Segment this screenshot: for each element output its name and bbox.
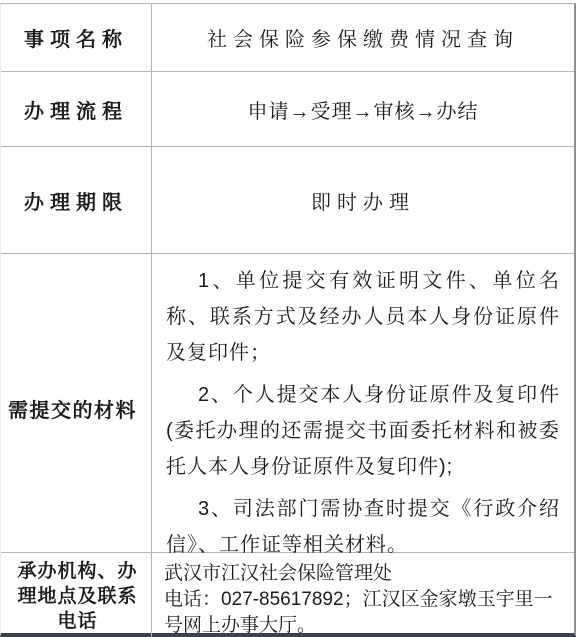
item-name-label: 事项名称 [1, 4, 152, 71]
item-name-value: 社会保险参保缴费情况查询 [152, 4, 574, 71]
process-label: 办理流程 [1, 72, 152, 146]
materials-item-2: 2、个人提交本人身份证原件及复印件(委托办理的还需提交书面委托材料和被委托人本人… [166, 377, 560, 485]
materials-label: 需提交的材料 [1, 254, 152, 563]
process-value: 申请→受理→审核→办结 [152, 72, 574, 146]
table-row-time-limit: 办理期限 即时办理 [1, 147, 574, 254]
service-info-table: 事项名称 社会保险参保缴费情况查询 办理流程 申请→受理→审核→办结 办理期限 … [0, 3, 576, 637]
materials-item-1: 1、单位提交有效证明文件、单位名称、联系方式及经办人员本人身份证原件及复印件； [166, 263, 560, 371]
contact-phone-address: 电话：027-85617892；江汉区金家墩玉宇里一号网上办事大厅。 [164, 587, 566, 637]
table-row-item-name: 事项名称 社会保险参保缴费情况查询 [1, 4, 574, 72]
materials-list: 1、单位提交有效证明文件、单位名称、联系方式及经办人员本人身份证原件及复印件； … [152, 254, 574, 563]
time-limit-label: 办理期限 [1, 147, 152, 253]
table-row-process: 办理流程 申请→受理→审核→办结 [1, 72, 574, 147]
table-row-materials: 需提交的材料 1、单位提交有效证明文件、单位名称、联系方式及经办人员本人身份证原… [1, 254, 574, 553]
contact-label: 承办机构、办理地点及联系电话 [1, 553, 152, 637]
contact-info: 武汉市江汉社会保险管理处 电话：027-85617892；江汉区金家墩玉宇里一号… [152, 553, 574, 637]
contact-organization: 武汉市江汉社会保险管理处 [164, 561, 566, 587]
document-page: 事项名称 社会保险参保缴费情况查询 办理流程 申请→受理→审核→办结 办理期限 … [0, 0, 576, 637]
table-row-contact: 承办机构、办理地点及联系电话 武汉市江汉社会保险管理处 电话：027-85617… [1, 553, 574, 637]
time-limit-value: 即时办理 [152, 147, 574, 253]
